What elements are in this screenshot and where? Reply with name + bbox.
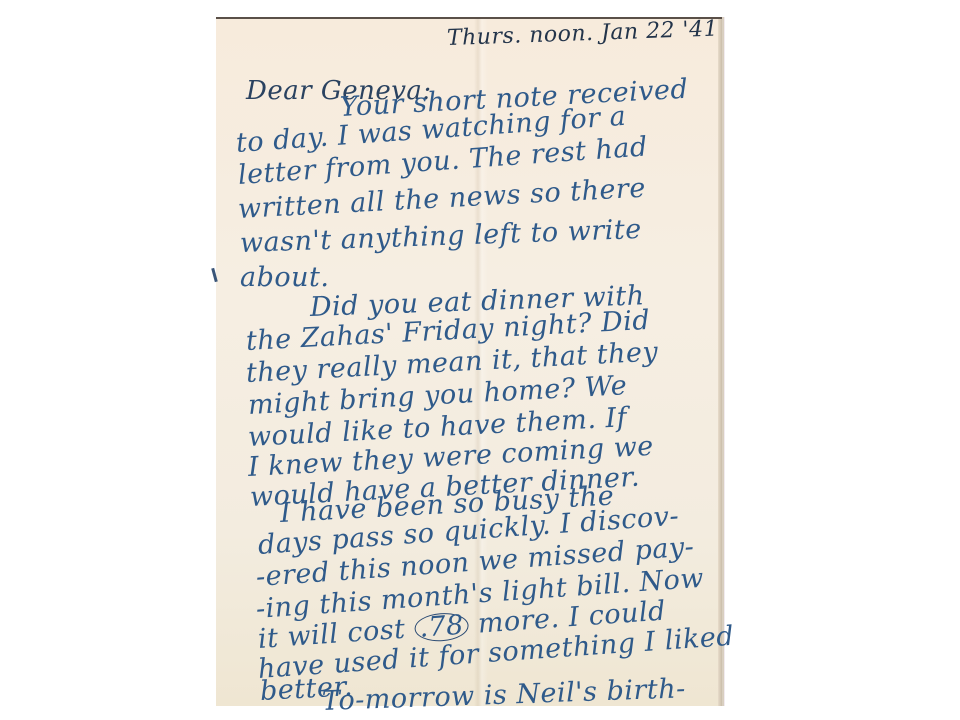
letter-line-6: about. — [240, 262, 329, 293]
circled-amount: .78 — [414, 611, 470, 643]
